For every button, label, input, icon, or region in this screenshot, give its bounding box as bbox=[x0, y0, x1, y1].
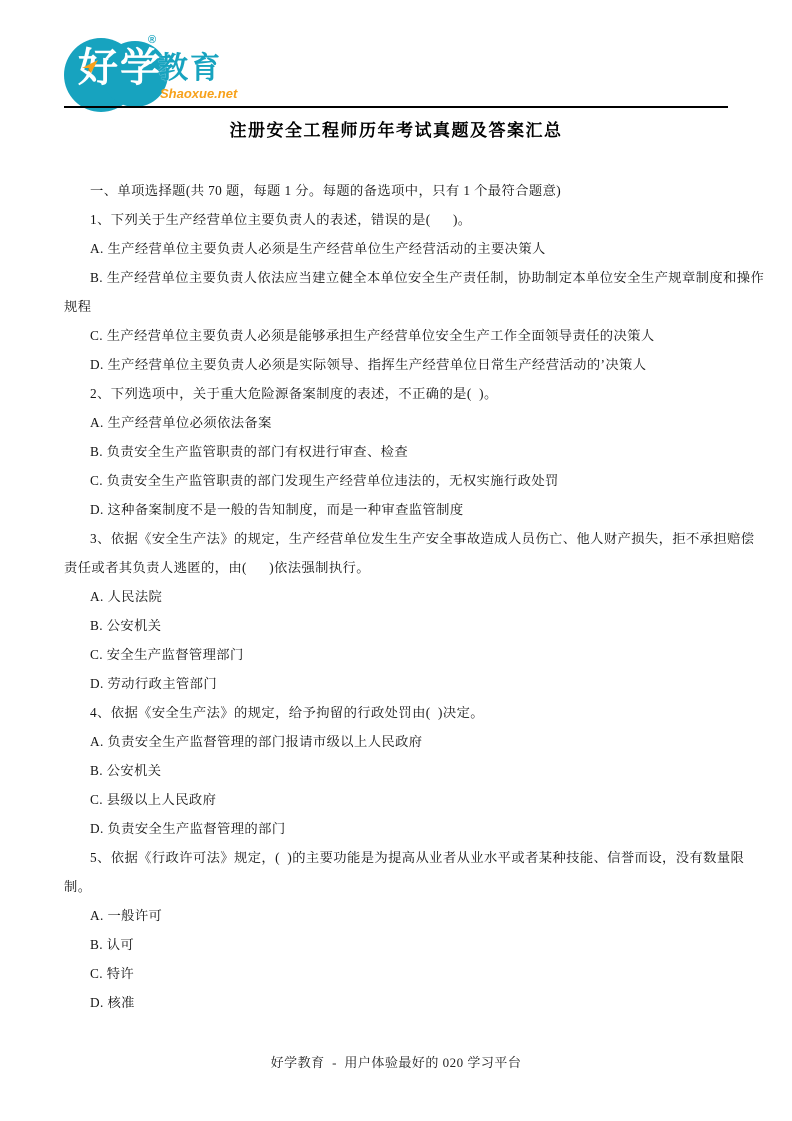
text-line: 1、下列关于生产经营单位主要负责人的表述，错误的是( )。 bbox=[64, 205, 732, 234]
brand-logo: 好学 ® 教育 Shaoxue.net bbox=[64, 34, 244, 110]
page-title: 注册安全工程师历年考试真题及答案汇总 bbox=[0, 116, 792, 141]
text-line: D. 负责安全生产监督管理的部门 bbox=[64, 814, 732, 843]
text-line: 3、依据《安全生产法》的规定，生产经营单位发生生产安全事故造成人员伤亡、他人财产… bbox=[64, 524, 732, 553]
text-line: A. 负责安全生产监督管理的部门报请市级以上人民政府 bbox=[64, 727, 732, 756]
text-line: D. 劳动行政主管部门 bbox=[64, 669, 732, 698]
text-line: 4、依据《安全生产法》的规定，给予拘留的行政处罚由( )决定。 bbox=[64, 698, 732, 727]
document-body: 一、单项选择题(共 70 题，每题 1 分。每题的备选项中，只有 1 个最符合题… bbox=[64, 176, 732, 1017]
text-line: C. 负责安全生产监管职责的部门发现生产经营单位违法的，无权实施行政处罚 bbox=[64, 466, 732, 495]
text-line: B. 负责安全生产监管职责的部门有权进行审查、检查 bbox=[64, 437, 732, 466]
text-line: D. 这种备案制度不是一般的告知制度，而是一种审查监管制度 bbox=[64, 495, 732, 524]
text-line: 责任或者其负责人逃匿的，由( )依法强制执行。 bbox=[64, 553, 732, 582]
text-line: A. 一般许可 bbox=[64, 901, 732, 930]
header-divider bbox=[64, 106, 728, 108]
footer-text: 好学教育 - 用户体验最好的 020 学习平台 bbox=[0, 1052, 792, 1071]
text-line: C. 县级以上人民政府 bbox=[64, 785, 732, 814]
paper-plane-icon bbox=[82, 60, 98, 73]
text-line: B. 生产经营单位主要负责人依法应当建立健全本单位安全生产责任制，协助制定本单位… bbox=[64, 263, 732, 292]
text-line: A. 生产经营单位主要负责人必须是生产经营单位生产经营活动的主要决策人 bbox=[64, 234, 732, 263]
text-line: B. 公安机关 bbox=[64, 611, 732, 640]
text-line: C. 生产经营单位主要负责人必须是能够承担生产经营单位安全生产工作全面领导责任的… bbox=[64, 321, 732, 350]
text-line: C. 特许 bbox=[64, 959, 732, 988]
text-line: D. 核准 bbox=[64, 988, 732, 1017]
registered-trademark-icon: ® bbox=[148, 34, 156, 46]
text-line: 规程 bbox=[64, 292, 732, 321]
text-line: 制。 bbox=[64, 872, 732, 901]
text-line: 2、下列选项中，关于重大危险源备案制度的表述，不正确的是( )。 bbox=[64, 379, 732, 408]
text-line: 一、单项选择题(共 70 题，每题 1 分。每题的备选项中，只有 1 个最符合题… bbox=[64, 176, 732, 205]
text-line: A. 生产经营单位必须依法备案 bbox=[64, 408, 732, 437]
text-line: A. 人民法院 bbox=[64, 582, 732, 611]
text-line: B. 公安机关 bbox=[64, 756, 732, 785]
document-page: 好学 ® 教育 Shaoxue.net 注册安全工程师历年考试真题及答案汇总 一… bbox=[0, 0, 792, 1121]
brand-name-sub: 教育 bbox=[158, 54, 222, 84]
text-line: C. 安全生产监督管理部门 bbox=[64, 640, 732, 669]
text-line: B. 认可 bbox=[64, 930, 732, 959]
text-line: D. 生产经营单位主要负责人必须是实际领导、指挥生产经营单位日常生产经营活动的’… bbox=[64, 350, 732, 379]
brand-domain: Shaoxue.net bbox=[160, 86, 237, 101]
text-line: 5、依据《行政许可法》规定，( )的主要功能是为提高从业者从业水平或者某种技能、… bbox=[64, 843, 732, 872]
